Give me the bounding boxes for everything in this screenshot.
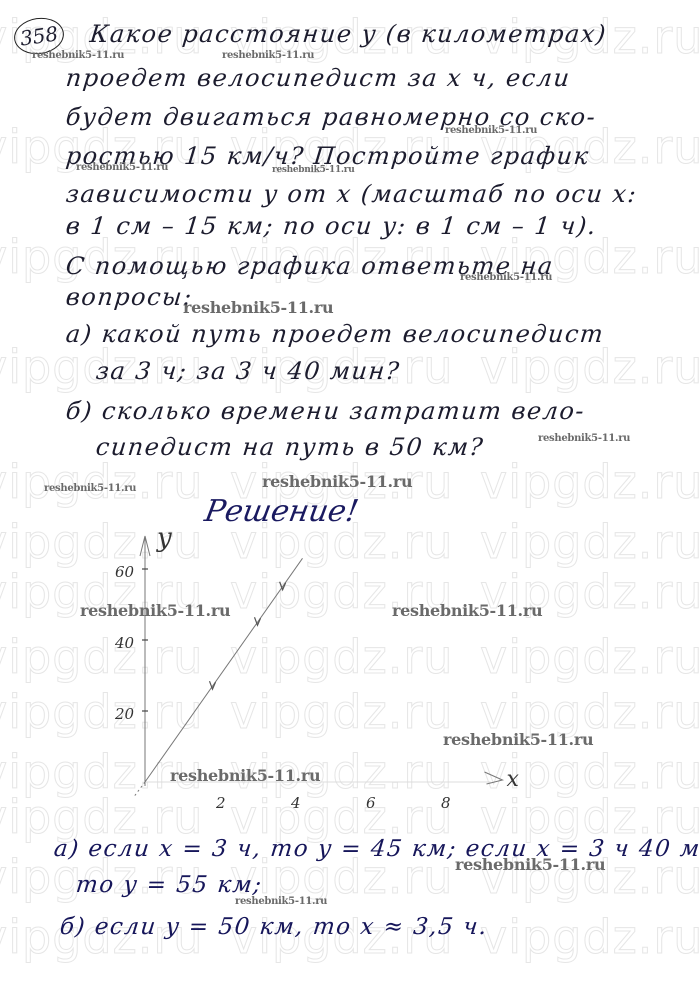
problem-line: в 1 см – 15 км; по оси y: в 1 см – 1 ч). bbox=[65, 212, 599, 240]
homework-page: vipgdz.ruvipgdz.ruvipgdz.ruvipgdz.ruvipg… bbox=[0, 0, 700, 1006]
series-line bbox=[145, 558, 303, 782]
x-tick-label: 4 bbox=[290, 794, 301, 812]
watermark-stamp: reshebnik5-11.ru bbox=[272, 165, 354, 175]
watermark-stamp: reshebnik5-11.ru bbox=[455, 855, 605, 874]
problem-line: вопросы: bbox=[65, 283, 195, 311]
distance-time-graph: yx2040602468 bbox=[0, 500, 700, 820]
watermark-stamp: reshebnik5-11.ru bbox=[183, 298, 333, 317]
watermark-stamp: reshebnik5-11.ru bbox=[262, 472, 412, 491]
problem-line: за 3 ч; за 3 ч 40 мин? bbox=[95, 357, 402, 385]
series-extension bbox=[133, 782, 145, 798]
watermark-text: vipgdz.ru bbox=[480, 340, 700, 394]
problem-line: сипедист на путь в 50 км? bbox=[95, 433, 486, 461]
y-tick-label: 20 bbox=[114, 705, 135, 723]
answer-line: б) если y = 50 км, то x ≈ 3,5 ч. bbox=[59, 914, 490, 940]
watermark-stamp: reshebnik5-11.ru bbox=[76, 162, 168, 173]
y-tick-label: 60 bbox=[115, 563, 135, 581]
watermark-stamp: reshebnik5-11.ru bbox=[460, 272, 552, 283]
watermark-stamp: reshebnik5-11.ru bbox=[222, 50, 314, 61]
x-axis-label: x bbox=[507, 767, 520, 792]
problem-line: проедет велосипедист за x ч, если bbox=[65, 64, 572, 92]
problem-line: б) сколько времени затратит вело- bbox=[65, 397, 587, 425]
watermark-stamp: reshebnik5-11.ru bbox=[445, 125, 537, 136]
x-tick-label: 8 bbox=[441, 794, 451, 812]
watermark-stamp: reshebnik5-11.ru bbox=[235, 896, 327, 907]
watermark-stamp: reshebnik5-11.ru bbox=[392, 601, 542, 620]
y-tick-label: 40 bbox=[114, 634, 135, 652]
watermark-text: vipgdz.ru bbox=[480, 910, 700, 964]
problem-line: а) какой путь проедет велосипедист bbox=[65, 320, 606, 348]
x-tick-label: 6 bbox=[366, 794, 376, 812]
x-tick-label: 2 bbox=[215, 794, 226, 812]
watermark-stamp: reshebnik5-11.ru bbox=[443, 730, 593, 749]
watermark-stamp: reshebnik5-11.ru bbox=[538, 433, 630, 444]
y-axis-label: y bbox=[156, 523, 172, 553]
problem-line: Какое расстояние y (в километрах) bbox=[89, 20, 609, 48]
watermark-stamp: reshebnik5-11.ru bbox=[32, 50, 124, 61]
watermark-stamp: reshebnik5-11.ru bbox=[80, 601, 230, 620]
watermark-stamp: reshebnik5-11.ru bbox=[170, 766, 320, 785]
watermark-stamp: reshebnik5-11.ru bbox=[44, 483, 136, 494]
answer-line: то y = 55 км; bbox=[75, 872, 264, 898]
problem-line: зависимости y от x (масштаб по оси x: bbox=[65, 180, 639, 208]
